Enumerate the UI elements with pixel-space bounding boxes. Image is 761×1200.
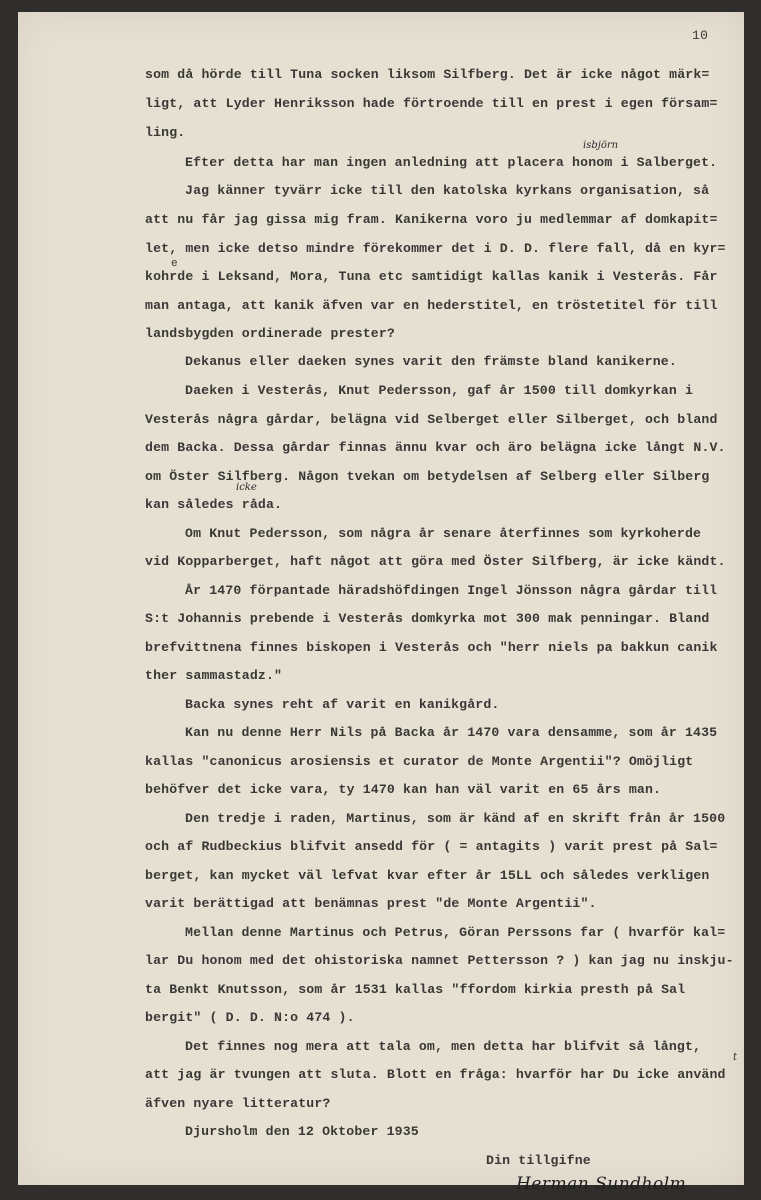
text-line: Mellan denne Martinus och Petrus, Göran … xyxy=(185,925,725,940)
text-line: äfven nyare litteratur? xyxy=(145,1096,330,1111)
text-line: berget, kan mycket väl lefvat kvar efter… xyxy=(145,868,709,883)
text-line: man antaga, att kanik äfven var en heder… xyxy=(145,298,718,313)
text-line: varit berättigad att benämnas prest "de … xyxy=(145,896,597,911)
text-line: År 1470 förpantade häradshöfdingen Ingel… xyxy=(185,583,717,598)
text-line: ligt, att Lyder Henriksson hade förtroen… xyxy=(145,96,718,111)
signature: Herman Sundholm xyxy=(516,1174,686,1194)
text-line: Daeken i Vesterås, Knut Pedersson, gaf å… xyxy=(185,383,693,398)
text-line: brefvittnena finnes biskopen i Vesterås … xyxy=(145,640,718,655)
text-line: kan således råda. xyxy=(145,497,282,512)
text-line: ling. xyxy=(145,125,185,140)
text-line: att nu får jag gissa mig fram. Kanikerna… xyxy=(145,212,718,227)
text-line: om Öster Silfberg. Någon tvekan om betyd… xyxy=(145,469,709,484)
text-line: bergit" ( D. D. N:o 474 ). xyxy=(145,1010,355,1025)
page-number: 10 xyxy=(692,28,708,43)
handwritten-annotation: icke xyxy=(236,482,257,493)
text-line: och af Rudbeckius blifvit ansedd för ( =… xyxy=(145,839,718,854)
text-line: kohrde i Leksand, Mora, Tuna etc samtidi… xyxy=(145,269,718,284)
text-line: Jag känner tyvärr icke till den katolska… xyxy=(185,183,709,198)
text-line: ther sammastadz." xyxy=(145,668,282,683)
text-line: landsbygden ordinerade prester? xyxy=(145,326,395,341)
text-line: let, men icke detso mindre förekommer de… xyxy=(145,241,726,256)
text-line: att jag är tvungen att sluta. Blott en f… xyxy=(145,1067,726,1082)
text-line: Det finnes nog mera att tala om, men det… xyxy=(185,1039,701,1054)
text-line: dem Backa. Dessa gårdar finnas ännu kvar… xyxy=(145,440,726,455)
text-line: Efter detta har man ingen anledning att … xyxy=(185,155,717,170)
text-line: Backa synes reht af varit en kanikgård. xyxy=(185,697,500,712)
text-line: Den tredje i raden, Martinus, som är kän… xyxy=(185,811,725,826)
letter-page: 10 som då hörde till Tuna socken liksom … xyxy=(18,12,744,1185)
text-line: Kan nu denne Herr Nils på Backa år 1470 … xyxy=(185,725,717,740)
dateline: Djursholm den 12 Oktober 1935 xyxy=(185,1124,419,1139)
text-line: Om Knut Pedersson, som några år senare å… xyxy=(185,526,701,541)
handwritten-annotation: t xyxy=(733,1052,737,1063)
text-line: ta Benkt Knutsson, som år 1531 kallas "f… xyxy=(145,982,685,997)
text-line: Vesterås några gårdar, belägna vid Selbe… xyxy=(145,412,718,427)
handwritten-annotation: isbjörn xyxy=(583,140,618,151)
closing: Din tillgifne xyxy=(486,1153,591,1168)
text-line: lar Du honom med det ohistoriska namnet … xyxy=(145,953,734,968)
text-line: S:t Johannis prebende i Vesterås domkyrk… xyxy=(145,611,709,626)
text-line: behöfver det icke vara, ty 1470 kan han … xyxy=(145,782,661,797)
text-line: som då hörde till Tuna socken liksom Sil… xyxy=(145,67,709,82)
text-line: kallas "canonicus arosiensis et curator … xyxy=(145,754,693,769)
text-line: vid Kopparberget, haft något att göra me… xyxy=(145,554,726,569)
text-line: Dekanus eller daeken synes varit den frä… xyxy=(185,354,677,369)
